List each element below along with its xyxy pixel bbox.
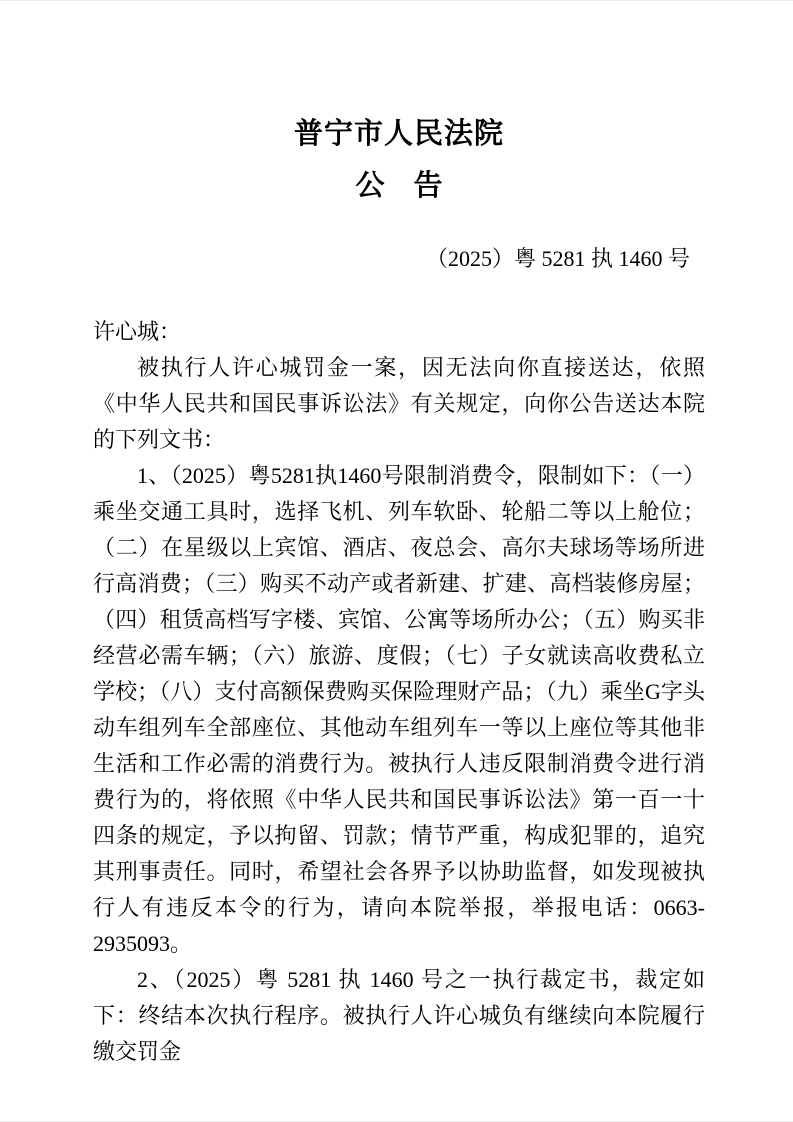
paragraph-execution-ruling: 2、（2025）粤 5281 执 1460 号之一执行裁定书，裁定如下：终结本次…: [93, 962, 705, 1070]
court-name: 普宁市人民法院: [93, 114, 705, 154]
paragraph-consumption-restriction-order: 1、（2025）粤5281执1460号限制消费令，限制如下：（一）乘坐交通工具时…: [93, 458, 705, 962]
paragraph-intro: 被执行人许心城罚金一案，因无法向你直接送达，依照《中华人民共和国民事诉讼法》有关…: [93, 350, 705, 458]
doc-title: 公 告: [93, 166, 705, 206]
document-body: 许心城： 被执行人许心城罚金一案，因无法向你直接送达，依照《中华人民共和国民事诉…: [93, 314, 705, 1070]
document-page: 普宁市人民法院 公 告 （2025）粤 5281 执 1460 号 许心城： 被…: [0, 0, 793, 1122]
recipient-line: 许心城：: [93, 314, 705, 350]
case-number: （2025）粤 5281 执 1460 号: [93, 244, 705, 274]
